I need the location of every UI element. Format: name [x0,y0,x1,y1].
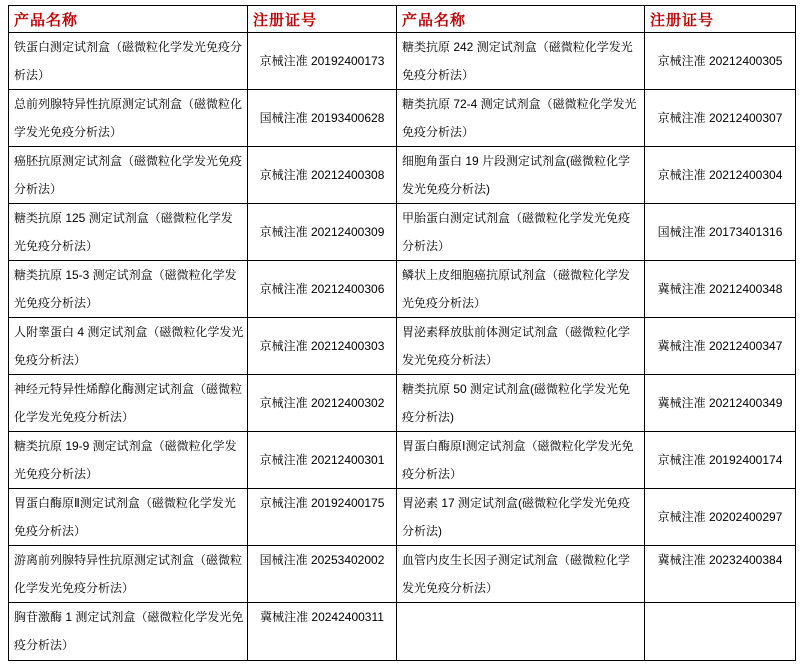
product-name-cell: 胃泌素 17 测定试剂盒(磁微粒化学发光免疫分析法) [397,489,645,546]
table-row: 胸苷激酶 1 测定试剂盒（磁微粒化学发光免疫分析法） 冀械注准 20242400… [9,603,796,661]
registration-number-cell: 京械注准 20212400309 [248,204,397,261]
product-name-cell: 胃泌素释放肽前体测定试剂盒（磁微粒化学发光免疫分析法） [397,318,645,375]
registration-number-cell: 冀械注准 20212400349 [645,375,796,432]
registration-number-cell: 京械注准 20212400303 [248,318,397,375]
product-name-cell: 胃蛋白酶原Ⅱ测定试剂盒（磁微粒化学发光免疫分析法） [9,489,248,546]
registration-number-cell [645,603,796,661]
table-row: 癌胚抗原测定试剂盒（磁微粒化学发光免疫分析法） 京械注准 20212400308… [9,147,796,204]
product-name-cell: 糖类抗原 19-9 测定试剂盒（磁微粒化学发光免疫分析法） [9,432,248,489]
registration-number-cell: 国械注准 20173401316 [645,204,796,261]
registration-number-cell: 京械注准 20202400297 [645,489,796,546]
product-name-cell: 甲胎蛋白测定试剂盒（磁微粒化学发光免疫分析法） [397,204,645,261]
registration-number-cell: 京械注准 20212400305 [645,33,796,90]
registration-number-cell: 京械注准 20192400175 [248,489,397,546]
registration-number-cell: 国械注准 20253402002 [248,546,397,603]
table-row: 神经元特异性烯醇化酶测定试剂盒（磁微粒化学发光免疫分析法） 京械注准 20212… [9,375,796,432]
products-table: 产品名称 注册证号 产品名称 注册证号 铁蛋白测定试剂盒（磁微粒化学发光免疫分析… [8,5,796,661]
header-registration-number-left: 注册证号 [248,6,397,33]
registration-number-cell: 京械注准 20192400174 [645,432,796,489]
table-row: 人附睾蛋白 4 测定试剂盒（磁微粒化学发光免疫分析法） 京械注准 2021240… [9,318,796,375]
product-name-cell: 癌胚抗原测定试剂盒（磁微粒化学发光免疫分析法） [9,147,248,204]
product-name-cell: 铁蛋白测定试剂盒（磁微粒化学发光免疫分析法） [9,33,248,90]
registration-number-cell: 京械注准 20212400304 [645,147,796,204]
table-row: 糖类抗原 125 测定试剂盒（磁微粒化学发光免疫分析法） 京械注准 202124… [9,204,796,261]
registration-number-cell: 冀械注准 20232400384 [645,546,796,603]
product-name-cell: 细胞角蛋白 19 片段测定试剂盒(磁微粒化学发光免疫分析法) [397,147,645,204]
registration-number-cell: 国械注准 20193400628 [248,90,397,147]
registration-number-cell: 冀械注准 20212400347 [645,318,796,375]
product-name-cell: 糖类抗原 72-4 测定试剂盒（磁微粒化学发光免疫分析法） [397,90,645,147]
product-name-cell: 游离前列腺特异性抗原测定试剂盒（磁微粒化学发光免疫分析法） [9,546,248,603]
product-name-cell: 人附睾蛋白 4 测定试剂盒（磁微粒化学发光免疫分析法） [9,318,248,375]
table-row: 铁蛋白测定试剂盒（磁微粒化学发光免疫分析法） 京械注准 20192400173 … [9,33,796,90]
registration-number-cell: 冀械注准 20212400348 [645,261,796,318]
product-name-cell [397,603,645,661]
product-name-cell: 胸苷激酶 1 测定试剂盒（磁微粒化学发光免疫分析法） [9,603,248,661]
header-registration-number-right: 注册证号 [645,6,796,33]
header-product-name-left: 产品名称 [9,6,248,33]
product-name-cell: 糖类抗原 50 测定试剂盒(磁微粒化学发光免疫分析法) [397,375,645,432]
product-name-cell: 糖类抗原 242 测定试剂盒（磁微粒化学发光免疫分析法） [397,33,645,90]
table-row: 糖类抗原 15-3 测定试剂盒（磁微粒化学发光免疫分析法） 京械注准 20212… [9,261,796,318]
product-name-cell: 鳞状上皮细胞癌抗原试剂盒（磁微粒化学发光免疫分析法） [397,261,645,318]
document-page: 产品名称 注册证号 产品名称 注册证号 铁蛋白测定试剂盒（磁微粒化学发光免疫分析… [0,0,803,661]
product-name-cell: 神经元特异性烯醇化酶测定试剂盒（磁微粒化学发光免疫分析法） [9,375,248,432]
product-name-cell: 糖类抗原 125 测定试剂盒（磁微粒化学发光免疫分析法） [9,204,248,261]
table-row: 胃蛋白酶原Ⅱ测定试剂盒（磁微粒化学发光免疫分析法） 京械注准 201924001… [9,489,796,546]
table-row: 总前列腺特异性抗原测定试剂盒（磁微粒化学发光免疫分析法） 国械注准 201934… [9,90,796,147]
product-name-cell: 血管内皮生长因子测定试剂盒（磁微粒化学发光免疫分析法） [397,546,645,603]
registration-number-cell: 京械注准 20212400301 [248,432,397,489]
product-name-cell: 胃蛋白酶原Ⅰ测定试剂盒（磁微粒化学发光免疫分析法） [397,432,645,489]
product-name-cell: 总前列腺特异性抗原测定试剂盒（磁微粒化学发光免疫分析法） [9,90,248,147]
header-row: 产品名称 注册证号 产品名称 注册证号 [9,6,796,33]
registration-number-cell: 冀械注准 20242400311 [248,603,397,661]
registration-number-cell: 京械注准 20212400302 [248,375,397,432]
registration-number-cell: 京械注准 20212400306 [248,261,397,318]
table-row: 糖类抗原 19-9 测定试剂盒（磁微粒化学发光免疫分析法） 京械注准 20212… [9,432,796,489]
table-row: 游离前列腺特异性抗原测定试剂盒（磁微粒化学发光免疫分析法） 国械注准 20253… [9,546,796,603]
registration-number-cell: 京械注准 20212400308 [248,147,397,204]
header-product-name-right: 产品名称 [397,6,645,33]
registration-number-cell: 京械注准 20192400173 [248,33,397,90]
product-name-cell: 糖类抗原 15-3 测定试剂盒（磁微粒化学发光免疫分析法） [9,261,248,318]
registration-number-cell: 京械注准 20212400307 [645,90,796,147]
